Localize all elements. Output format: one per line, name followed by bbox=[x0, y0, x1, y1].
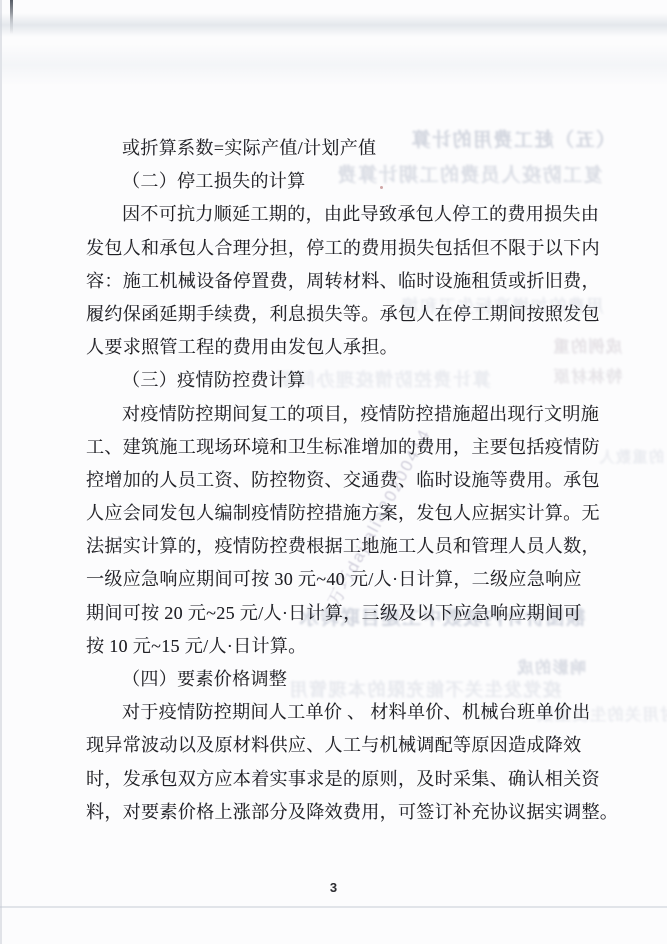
text-line: 因不可抗力顺延工期的，由此导致承包人停工的费用损失由 bbox=[86, 198, 626, 231]
text-line: 人应会同发包人编制疫情防控措施方案，发包人应据实计算。无 bbox=[86, 497, 626, 530]
text-line: 对疫情防控期间复工的项目，疫情防控措施超出现行文明施 bbox=[86, 398, 626, 431]
text-line: 履约保函延期手续费，利息损失等。承包人在停工期间按照发包 bbox=[86, 298, 626, 331]
text-line: 法据实计算的，疫情防控费根据工地施工人员和管理人员人数， bbox=[86, 530, 626, 563]
text-line: （二）停工损失的计算 bbox=[86, 165, 626, 198]
text-line: 发包人和承包人合理分担，停工的费用损失包括但不限于以下内 bbox=[86, 232, 626, 265]
text-line: （三）疫情防控费计算 bbox=[86, 364, 626, 397]
text-line: 工、建筑施工现场环境和卫生标准增加的费用，主要包括疫情防 bbox=[86, 431, 626, 464]
text-line: 按 10 元~15 元/人·日计算。 bbox=[86, 630, 626, 663]
document-body: 或折算系数=实际产值/计划产值（二）停工损失的计算因不可抗力顺延工期的，由此导致… bbox=[86, 132, 626, 829]
text-line: 期间可按 20 元~25 元/人·日计算，三级及以下应急响应期间可 bbox=[86, 597, 626, 630]
text-line: 时，发承包双方应本着实事求是的原则，及时采集、确认相关资 bbox=[86, 763, 626, 796]
text-line: 人要求照管工程的费用由发包人承担。 bbox=[86, 331, 626, 364]
text-line: 一级应急响应期间可按 30 元~40 元/人·日计算，二级应急响应 bbox=[86, 563, 626, 596]
text-line: 现异常波动以及原材料供应、人工与机械调配等原因造成降效 bbox=[86, 729, 626, 762]
scan-left-edge-shadow bbox=[0, 0, 2, 944]
page-number: 3 bbox=[0, 880, 667, 895]
text-line: 或折算系数=实际产值/计划产值 bbox=[86, 132, 626, 165]
text-line: 料，对要素价格上涨部分及降效费用，可签订补充协议据实调整。 bbox=[86, 796, 626, 829]
scan-bottom-faint-line bbox=[0, 906, 667, 908]
scan-top-shadow-band-2 bbox=[0, 44, 667, 86]
text-line: 容：施工机械设备停置费，周转材料、临时设施租赁或折旧费， bbox=[86, 265, 626, 298]
text-line: 对于疫情防控期间人工单价 、 材料单价、机械台班单价出 bbox=[86, 696, 626, 729]
scanned-document-page: （五）赶工费用的计算 复工防疫人员费的工期计算费 用费的加增准标生卫和境 成例的… bbox=[0, 0, 667, 944]
text-line: （四）要素价格调整 bbox=[86, 663, 626, 696]
scan-top-shadow-band bbox=[0, 13, 667, 37]
text-line: 控增加的人员工资、防控物资、交通费、临时设施等费用。承包 bbox=[86, 464, 626, 497]
